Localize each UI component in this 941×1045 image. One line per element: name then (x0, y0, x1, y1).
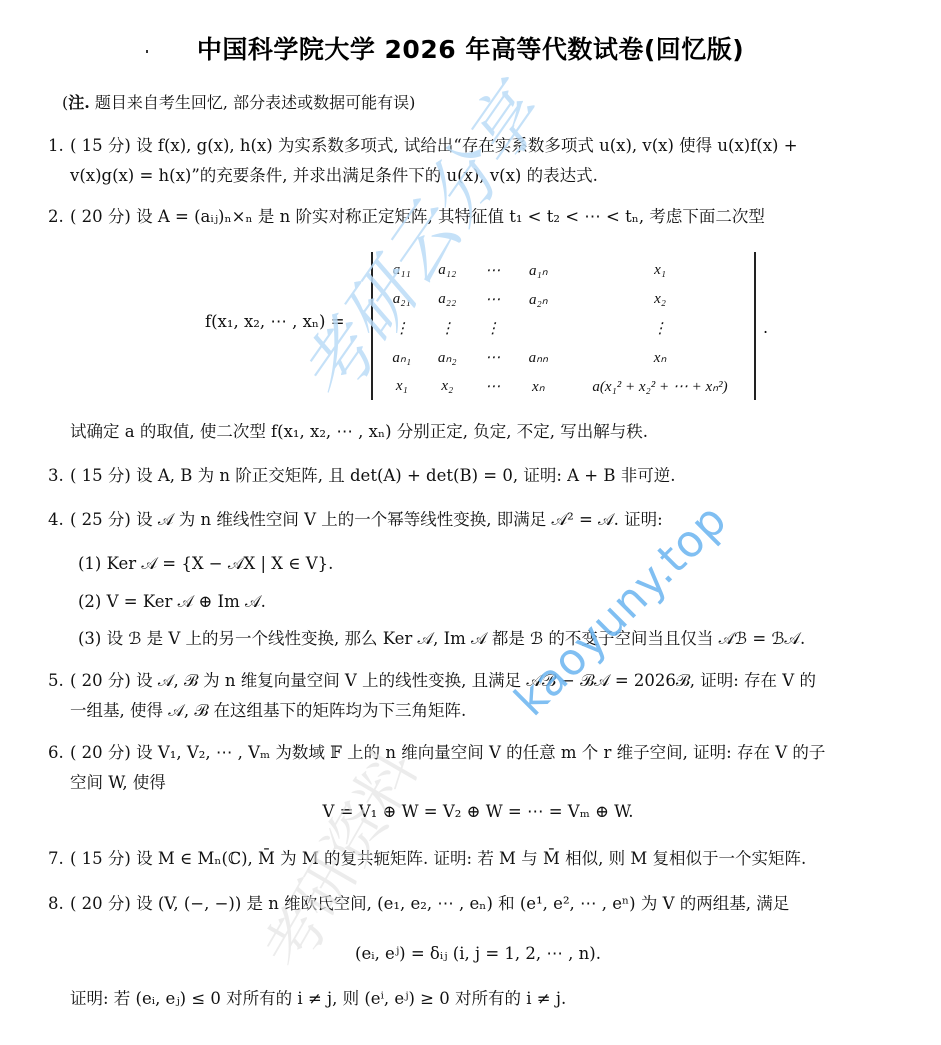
matrix-cell: x₂ (425, 378, 471, 395)
matrix-cell: a₂₁ (379, 291, 425, 308)
matrix-cell: xₙ (561, 348, 759, 367)
matrix-cell: ⋮ (561, 319, 759, 338)
question-points: ( 25 分) (70, 510, 131, 529)
determinant-matrix: a₁₁ a₁₂ ⋯ a₁ₙ x₁ a₂₁ a₂₂ ⋯ a₂ₙ x₂ ⋮ ⋮ ⋮ … (379, 256, 759, 401)
determinant-left-bar (371, 252, 373, 400)
question-4-part-3: (3) 设 ℬ 是 V 上的另一个线性变换, 那么 Ker 𝒜, Im 𝒜 都是… (78, 624, 805, 654)
question-text: 设 M ∈ Mₙ(ℂ), M̄ 为 M 的复共轭矩阵. 证明: 若 M 与 M̄… (136, 849, 806, 868)
question-8: 8.( 20 分) 设 (V, (−, −)) 是 n 维欧氏空间, (e₁, … (48, 889, 908, 919)
matrix-cell: x₂ (561, 291, 759, 308)
question-2: 2.( 20 分) 设 A = (aᵢⱼ)ₙ×ₙ 是 n 阶实对称正定矩阵, 其… (48, 202, 908, 232)
question-4-part-2: (2) V = Ker 𝒜 ⊕ Im 𝒜. (78, 587, 266, 617)
question-points: ( 20 分) (70, 207, 131, 226)
matrix-cell: a₁₂ (425, 262, 471, 279)
exam-page: 中国科学院大学 2026 年高等代数试卷(回忆版) (注. 题目来自考生回忆, … (0, 0, 941, 1045)
question-points: ( 20 分) (70, 671, 131, 690)
matrix-cell: ⋯ (470, 348, 516, 367)
question-text: 设 𝒜, ℬ 为 n 维复向量空间 V 上的线性变换, 且满足 𝒜ℬ − ℬ𝒜 … (136, 671, 816, 690)
question-number: 2. (48, 202, 70, 232)
matrix-cell: xₙ (516, 377, 562, 396)
determinant-right-bar (754, 252, 756, 400)
question-text: 试确定 a 的取值, 使二次型 f(x₁, x₂, ⋯ , xₙ) 分别正定, … (48, 417, 908, 447)
question-6-equation: V = V₁ ⊕ W = V₂ ⊕ W = ⋯ = Vₘ ⊕ W. (48, 797, 908, 827)
question-1: 1.( 15 分) 设 f(x), g(x), h(x) 为实系数多项式, 试给… (48, 131, 908, 191)
matrix-row: ⋮ ⋮ ⋮ ⋮ (379, 314, 759, 343)
matrix-row: x₁ x₂ ⋯ xₙ a(x₁² + x₂² + ⋯ + xₙ²) (379, 372, 759, 401)
question-text: 证明: 若 (eᵢ, eⱼ) ≤ 0 对所有的 i ≠ j, 则 (eⁱ, eʲ… (48, 984, 908, 1014)
matrix-row: aₙ₁ aₙ₂ ⋯ aₙₙ xₙ (379, 343, 759, 372)
question-3: 3.( 15 分) 设 A, B 为 n 阶正交矩阵, 且 det(A) + d… (48, 461, 908, 491)
matrix-cell: a₁₁ (379, 262, 425, 279)
matrix-cell: aₙₙ (516, 348, 562, 367)
matrix-cell: ⋮ (425, 319, 471, 338)
determinant-formula: f(x₁, x₂, ⋯ , xₙ) = a₁₁ a₁₂ ⋯ a₁ₙ x₁ a₂₁… (205, 252, 775, 402)
matrix-cell: ⋮ (379, 319, 425, 338)
matrix-cell: a₂ₙ (516, 290, 562, 309)
question-text: 设 (V, (−, −)) 是 n 维欧氏空间, (e₁, e₂, ⋯ , eₙ… (136, 894, 789, 913)
exam-note: (注. 题目来自考生回忆, 部分表述或数据可能有误) (62, 90, 415, 113)
matrix-cell: aₙ₂ (425, 348, 471, 367)
matrix-cell: ⋯ (470, 290, 516, 309)
matrix-cell: x₁ (561, 262, 759, 279)
determinant-period: . (763, 318, 768, 337)
question-text: 设 A, B 为 n 阶正交矩阵, 且 det(A) + det(B) = 0,… (136, 466, 675, 485)
question-7: 7.( 15 分) 设 M ∈ Mₙ(ℂ), M̄ 为 M 的复共轭矩阵. 证明… (48, 844, 908, 874)
question-number: 4. (48, 505, 70, 535)
determinant-lhs: f(x₁, x₂, ⋯ , xₙ) = (205, 312, 345, 331)
matrix-cell: x₁ (379, 378, 425, 395)
question-text: 设 f(x), g(x), h(x) 为实系数多项式, 试给出“存在实系数多项式… (136, 136, 797, 155)
question-5: 5.( 20 分) 设 𝒜, ℬ 为 n 维复向量空间 V 上的线性变换, 且满… (48, 666, 908, 726)
matrix-cell: a₁ₙ (516, 261, 562, 280)
matrix-row: a₂₁ a₂₂ ⋯ a₂ₙ x₂ (379, 285, 759, 314)
matrix-cell: ⋯ (470, 377, 516, 396)
question-points: ( 20 分) (70, 894, 131, 913)
question-number: 1. (48, 131, 70, 161)
question-text-cont: v(x)g(x) = h(x)”的充要条件, 并求出满足条件下的 u(x), v… (48, 161, 908, 191)
question-number: 7. (48, 844, 70, 874)
matrix-row: a₁₁ a₁₂ ⋯ a₁ₙ x₁ (379, 256, 759, 285)
matrix-cell: a(x₁² + x₂² + ⋯ + xₙ²) (561, 377, 759, 396)
question-6: 6.( 20 分) 设 V₁, V₂, ⋯ , Vₘ 为数域 𝔽 上的 n 维向… (48, 738, 908, 798)
question-text-cont: 空间 W, 使得 (48, 768, 908, 798)
question-text: 设 V₁, V₂, ⋯ , Vₘ 为数域 𝔽 上的 n 维向量空间 V 的任意 … (136, 743, 825, 762)
question-8-followup: 证明: 若 (eᵢ, eⱼ) ≤ 0 对所有的 i ≠ j, 则 (eⁱ, eʲ… (48, 984, 908, 1014)
question-number: 8. (48, 889, 70, 919)
question-points: ( 15 分) (70, 849, 131, 868)
note-text: 题目来自考生回忆, 部分表述或数据可能有误 (95, 93, 409, 112)
question-text: 设 A = (aᵢⱼ)ₙ×ₙ 是 n 阶实对称正定矩阵, 其特征值 t₁ < t… (136, 207, 765, 226)
matrix-cell: ⋮ (470, 319, 516, 338)
matrix-cell: aₙ₁ (379, 348, 425, 367)
question-8-equation: (eᵢ, eʲ) = δᵢⱼ (i, j = 1, 2, ⋯ , n). (48, 939, 908, 969)
question-text: 设 𝒜 为 n 维线性空间 V 上的一个幂等线性变换, 即满足 𝒜² = 𝒜. … (136, 510, 663, 529)
question-2-followup: 试确定 a 的取值, 使二次型 f(x₁, x₂, ⋯ , xₙ) 分别正定, … (48, 417, 908, 447)
page-title: 中国科学院大学 2026 年高等代数试卷(回忆版) (0, 30, 941, 66)
question-number: 3. (48, 461, 70, 491)
question-number: 5. (48, 666, 70, 696)
question-4-part-1: (1) Ker 𝒜 = {X − 𝒜X | X ∈ V}. (78, 549, 333, 579)
question-number: 6. (48, 738, 70, 768)
question-points: ( 15 分) (70, 136, 131, 155)
matrix-cell: a₂₂ (425, 291, 471, 308)
note-label: 注. (68, 93, 90, 112)
question-points: ( 20 分) (70, 743, 131, 762)
question-4: 4.( 25 分) 设 𝒜 为 n 维线性空间 V 上的一个幂等线性变换, 即满… (48, 505, 908, 535)
matrix-cell: ⋯ (470, 261, 516, 280)
question-points: ( 15 分) (70, 466, 131, 485)
question-text-cont: 一组基, 使得 𝒜, ℬ 在这组基下的矩阵均为下三角矩阵. (48, 696, 908, 726)
